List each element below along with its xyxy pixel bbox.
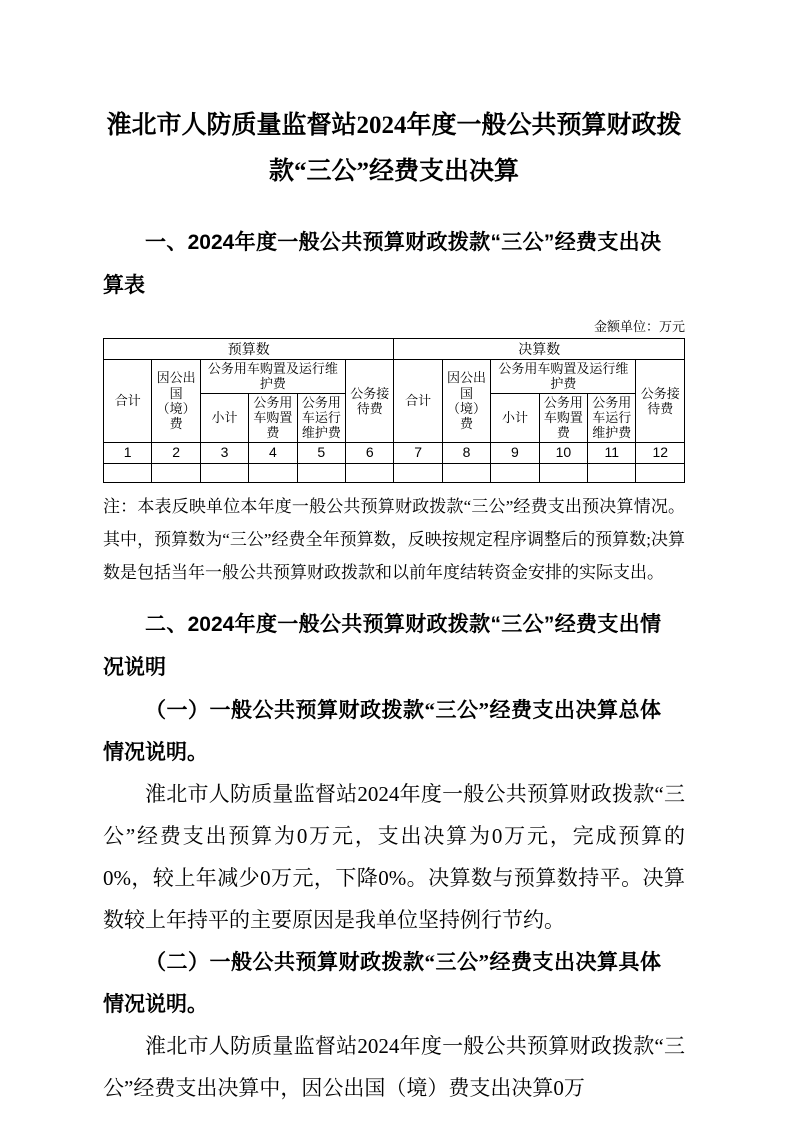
- column-number: 2: [152, 442, 200, 463]
- column-number: 1: [104, 442, 152, 463]
- group-header-budget: 预算数: [104, 339, 394, 360]
- document-title: 淮北市人防质量监督站2024年度一般公共预算财政拨款“三公”经费支出决算: [103, 103, 685, 195]
- column-number: 3: [200, 442, 248, 463]
- paragraph-overall-situation: 淮北市人防质量监督站2024年度一般公共预算财政拨款“三公”经费支出预算为0万元…: [103, 773, 685, 941]
- column-number: 6: [346, 442, 394, 463]
- value-cell: [394, 463, 442, 482]
- value-cell: [200, 463, 248, 482]
- value-cell: [539, 463, 587, 482]
- col-header-abroad-final: 因公出国（境）费: [442, 360, 490, 443]
- value-cell: [297, 463, 345, 482]
- col-header-abroad-budget: 因公出国（境）费: [152, 360, 200, 443]
- col-header-subtotal-budget: 小计: [200, 393, 248, 442]
- value-cell: [491, 463, 539, 482]
- col-header-maintenance-final: 公务用车运行维护费: [588, 393, 636, 442]
- col-header-purchase-budget: 公务用车购置费: [249, 393, 297, 442]
- value-cell: [588, 463, 636, 482]
- col-header-vehicle-group-budget: 公务用车购置及运行维护费: [200, 360, 345, 394]
- value-cell: [152, 463, 200, 482]
- col-header-vehicle-group-final: 公务用车购置及运行维护费: [491, 360, 636, 394]
- sangong-expenditure-table: 预算数 决算数 合计 因公出国（境）费 公务用车购置及运行维护费 公务接待费 合…: [103, 338, 685, 483]
- column-number: 7: [394, 442, 442, 463]
- table-row-column-numbers: 1 2 3 4 5 6 7 8 9 10 11 12: [104, 442, 685, 463]
- column-number: 11: [588, 442, 636, 463]
- table-row-headers-upper: 合计 因公出国（境）费 公务用车购置及运行维护费 公务接待费 合计 因公出国（境…: [104, 360, 685, 394]
- col-header-total-final: 合计: [394, 360, 442, 443]
- column-number: 8: [442, 442, 490, 463]
- section2-heading: 二、2024年度一般公共预算财政拨款“三公”经费支出情况说明: [103, 603, 685, 689]
- col-header-maintenance-budget: 公务用车运行维护费: [297, 393, 345, 442]
- subsection2-heading: （二）一般公共预算财政拨款“三公”经费支出决算具体情况说明。: [103, 941, 685, 1025]
- table-row-group-headers: 预算数 决算数: [104, 339, 685, 360]
- column-number: 9: [491, 442, 539, 463]
- column-number: 5: [297, 442, 345, 463]
- table-row-values: [104, 463, 685, 482]
- col-header-subtotal-final: 小计: [491, 393, 539, 442]
- table-note: 注：本表反映单位本年度一般公共预算财政拨款“三公”经费支出预决算情况。其中，预算…: [103, 490, 685, 589]
- column-number: 4: [249, 442, 297, 463]
- col-header-total-budget: 合计: [104, 360, 152, 443]
- document-page: 淮北市人防质量监督站2024年度一般公共预算财政拨款“三公”经费支出决算 一、2…: [103, 0, 685, 1109]
- value-cell: [636, 463, 685, 482]
- amount-unit-label: 金额单位：万元: [103, 319, 685, 335]
- column-number: 12: [636, 442, 685, 463]
- subsection1-heading: （一）一般公共预算财政拨款“三公”经费支出决算总体情况说明。: [103, 689, 685, 773]
- col-header-reception-final: 公务接待费: [636, 360, 685, 443]
- value-cell: [346, 463, 394, 482]
- column-number: 10: [539, 442, 587, 463]
- col-header-purchase-final: 公务用车购置费: [539, 393, 587, 442]
- value-cell: [104, 463, 152, 482]
- value-cell: [442, 463, 490, 482]
- group-header-final: 决算数: [394, 339, 685, 360]
- value-cell: [249, 463, 297, 482]
- paragraph-detail-situation: 淮北市人防质量监督站2024年度一般公共预算财政拨款“三公”经费支出决算中，因公…: [103, 1025, 685, 1109]
- col-header-reception-budget: 公务接待费: [346, 360, 394, 443]
- section1-heading: 一、2024年度一般公共预算财政拨款“三公”经费支出决算表: [103, 221, 685, 307]
